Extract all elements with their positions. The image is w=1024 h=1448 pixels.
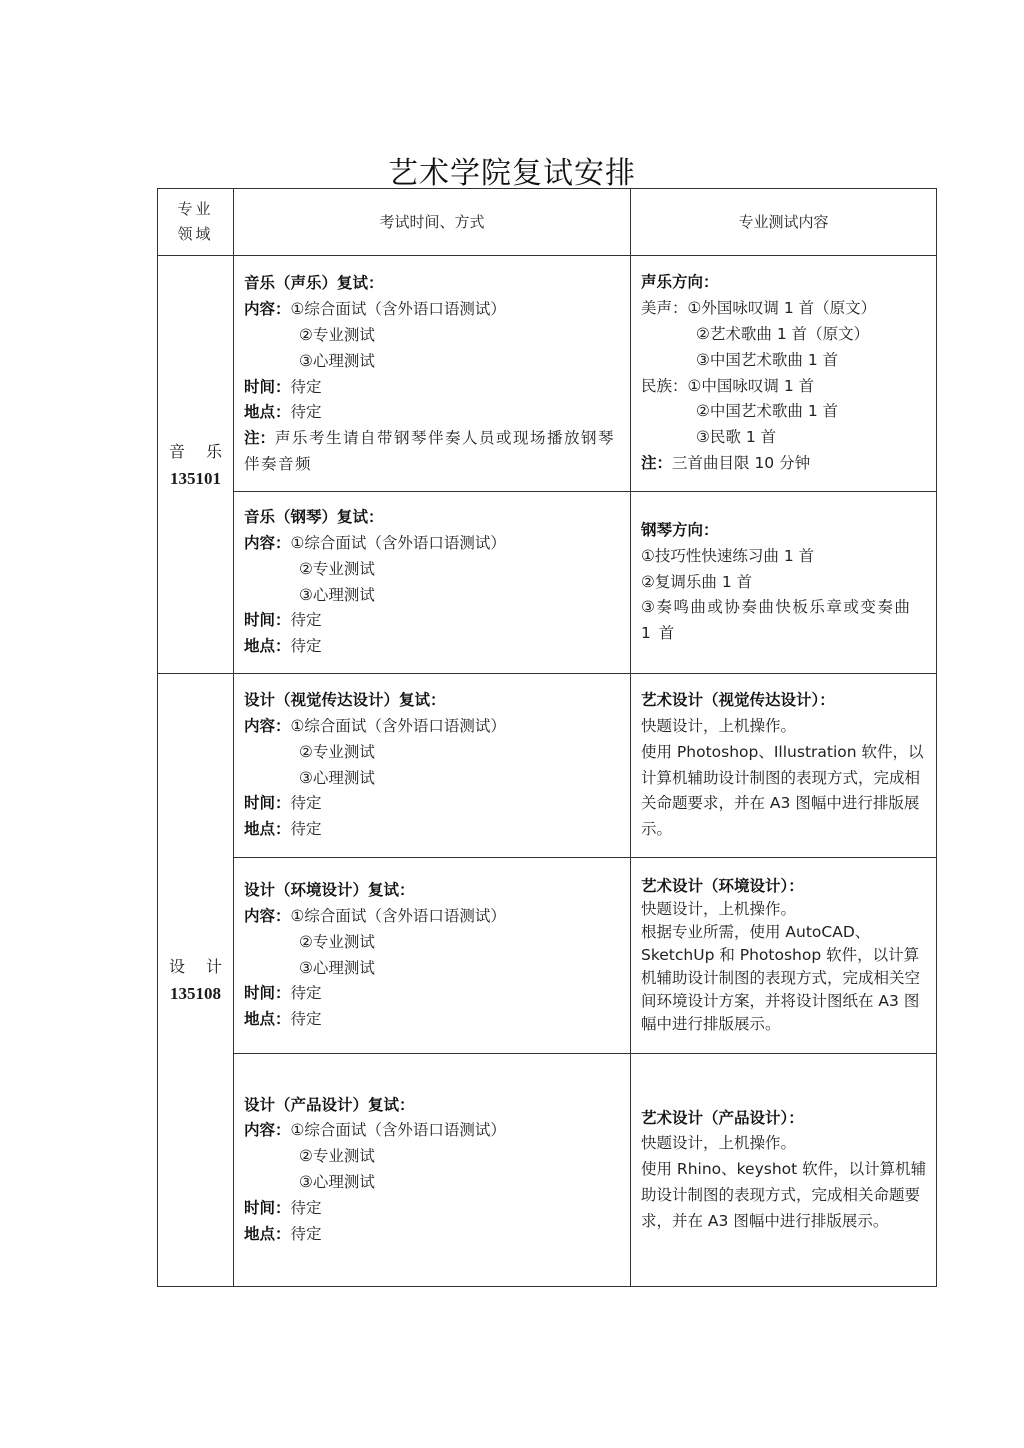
field-code: 135108 <box>158 980 233 1007</box>
header-exam: 考试时间、方式 <box>234 189 631 256</box>
time-label: 时间： <box>244 984 291 1002</box>
field-design: 设 计 135108 <box>158 674 234 1287</box>
time-label: 时间： <box>244 1199 291 1217</box>
exam-item: ③心理测试 <box>244 1170 620 1196</box>
exam-heading: 设计（环境设计）复试： <box>244 878 620 904</box>
note-text: 三首曲目限 10 分钟 <box>672 454 810 472</box>
content-label: 内容： <box>244 1121 291 1139</box>
note-label: 注： <box>641 454 672 472</box>
content-body: 使用 Photoshop、Illustration 软件，以计算机辅助设计制图的… <box>641 740 928 843</box>
exam-item: ③心理测试 <box>244 956 620 982</box>
exam-cell: 音乐（声乐）复试： 内容：①综合面试（含外语口语测试） ②专业测试 ③心理测试 … <box>234 256 631 492</box>
content-item: ②艺术歌曲 1 首（原文） <box>641 322 928 348</box>
exam-item: ①综合面试（含外语口语测试） <box>291 1121 506 1139</box>
exam-heading: 音乐（声乐）复试： <box>244 271 620 297</box>
place-value: 待定 <box>291 403 322 421</box>
content-item: ①外国咏叹调 1 首（原文） <box>688 299 877 317</box>
table-header-row: 专业 领域 考试时间、方式 专业测试内容 <box>158 189 937 256</box>
content-item: ②复调乐曲 1 首 <box>641 570 928 596</box>
content-item: ①中国咏叹调 1 首 <box>688 377 815 395</box>
table-row: 设计（环境设计）复试： 内容：①综合面试（含外语口语测试） ②专业测试 ③心理测… <box>158 858 937 1054</box>
time-value: 待定 <box>291 378 322 396</box>
place-value: 待定 <box>291 637 322 655</box>
content-heading: 艺术设计（产品设计）： <box>641 1106 928 1132</box>
exam-item: ①综合面试（含外语口语测试） <box>291 717 506 735</box>
time-label: 时间： <box>244 611 291 629</box>
note-label: 注： <box>244 429 275 447</box>
field-code: 135101 <box>158 465 233 492</box>
content-label: 内容： <box>244 534 291 552</box>
place-value: 待定 <box>291 1225 322 1243</box>
content-heading: 钢琴方向： <box>641 518 928 544</box>
exam-heading: 音乐（钢琴）复试： <box>244 505 620 531</box>
field-name: 音 乐 <box>158 438 233 465</box>
place-label: 地点： <box>244 820 291 838</box>
content-heading: 声乐方向： <box>641 270 928 296</box>
exam-item: ②专业测试 <box>244 740 620 766</box>
header-field-line2: 领域 <box>158 222 233 247</box>
time-label: 时间： <box>244 794 291 812</box>
time-value: 待定 <box>291 794 322 812</box>
group-label: 民族： <box>641 377 688 395</box>
content-label: 内容： <box>244 907 291 925</box>
place-label: 地点： <box>244 1225 291 1243</box>
place-label: 地点： <box>244 1010 291 1028</box>
content-item: ①技巧性快速练习曲 1 首 <box>641 544 928 570</box>
content-line: 快题设计，上机操作。 <box>641 1131 928 1157</box>
exam-heading: 设计（产品设计）复试： <box>244 1093 620 1119</box>
content-line: 快题设计，上机操作。 <box>641 898 928 921</box>
header-field-line1: 专业 <box>158 197 233 222</box>
place-label: 地点： <box>244 403 291 421</box>
exam-item: ②专业测试 <box>244 930 620 956</box>
time-value: 待定 <box>291 984 322 1002</box>
place-value: 待定 <box>291 820 322 838</box>
content-cell: 钢琴方向： ①技巧性快速练习曲 1 首 ②复调乐曲 1 首 ③奏鸣曲或协奏曲快板… <box>631 492 937 674</box>
content-cell: 声乐方向： 美声：①外国咏叹调 1 首（原文） ②艺术歌曲 1 首（原文） ③中… <box>631 256 937 492</box>
exam-item: ②专业测试 <box>244 1144 620 1170</box>
content-cell: 艺术设计（产品设计）： 快题设计，上机操作。 使用 Rhino、keyshot … <box>631 1054 937 1287</box>
field-music: 音 乐 135101 <box>158 256 234 674</box>
content-item: ③中国艺术歌曲 1 首 <box>641 348 928 374</box>
exam-cell: 设计（环境设计）复试： 内容：①综合面试（含外语口语测试） ②专业测试 ③心理测… <box>234 858 631 1054</box>
exam-item: ③心理测试 <box>244 583 620 609</box>
table-row: 设计（产品设计）复试： 内容：①综合面试（含外语口语测试） ②专业测试 ③心理测… <box>158 1054 937 1287</box>
exam-item: ①综合面试（含外语口语测试） <box>291 907 506 925</box>
content-line: 快题设计，上机操作。 <box>641 714 928 740</box>
table-row: 音乐（钢琴）复试： 内容：①综合面试（含外语口语测试） ②专业测试 ③心理测试 … <box>158 492 937 674</box>
field-name: 设 计 <box>158 953 233 980</box>
note-text: 声乐考生请自带钢琴伴奏人员或现场播放钢琴伴奏音频 <box>244 429 615 473</box>
exam-cell: 设计（产品设计）复试： 内容：①综合面试（含外语口语测试） ②专业测试 ③心理测… <box>234 1054 631 1287</box>
content-item: ③民歌 1 首 <box>641 425 928 451</box>
content-item: ②中国艺术歌曲 1 首 <box>641 399 928 425</box>
group-label: 美声： <box>641 299 688 317</box>
header-content: 专业测试内容 <box>631 189 937 256</box>
time-label: 时间： <box>244 378 291 396</box>
time-value: 待定 <box>291 1199 322 1217</box>
place-label: 地点： <box>244 637 291 655</box>
exam-item: ③心理测试 <box>244 349 620 375</box>
content-body: 根据专业所需，使用 AutoCAD、SketchUp 和 Photoshop 软… <box>641 921 928 1036</box>
content-body: 使用 Rhino、keyshot 软件，以计算机辅助设计制图的表现方式，完成相关… <box>641 1157 928 1234</box>
content-heading: 艺术设计（环境设计）： <box>641 875 928 898</box>
content-item: ③奏鸣曲或协奏曲快板乐章或变奏曲 1 首 <box>641 595 928 647</box>
table-row: 音 乐 135101 音乐（声乐）复试： 内容：①综合面试（含外语口语测试） ②… <box>158 256 937 492</box>
content-label: 内容： <box>244 717 291 735</box>
exam-item: ①综合面试（含外语口语测试） <box>291 300 506 318</box>
exam-item: ②专业测试 <box>244 323 620 349</box>
exam-cell: 设计（视觉传达设计）复试： 内容：①综合面试（含外语口语测试） ②专业测试 ③心… <box>234 674 631 858</box>
content-label: 内容： <box>244 300 291 318</box>
exam-heading: 设计（视觉传达设计）复试： <box>244 688 620 714</box>
exam-item: ①综合面试（含外语口语测试） <box>291 534 506 552</box>
schedule-table: 专业 领域 考试时间、方式 专业测试内容 音 乐 135101 音乐（声乐）复试… <box>157 188 937 1287</box>
table-row: 设 计 135108 设计（视觉传达设计）复试： 内容：①综合面试（含外语口语测… <box>158 674 937 858</box>
content-cell: 艺术设计（视觉传达设计）： 快题设计，上机操作。 使用 Photoshop、Il… <box>631 674 937 858</box>
time-value: 待定 <box>291 611 322 629</box>
exam-cell: 音乐（钢琴）复试： 内容：①综合面试（含外语口语测试） ②专业测试 ③心理测试 … <box>234 492 631 674</box>
exam-item: ②专业测试 <box>244 557 620 583</box>
content-heading: 艺术设计（视觉传达设计）： <box>641 688 928 714</box>
content-cell: 艺术设计（环境设计）： 快题设计，上机操作。 根据专业所需，使用 AutoCAD… <box>631 858 937 1054</box>
place-value: 待定 <box>291 1010 322 1028</box>
header-field: 专业 领域 <box>158 189 234 256</box>
exam-item: ③心理测试 <box>244 766 620 792</box>
